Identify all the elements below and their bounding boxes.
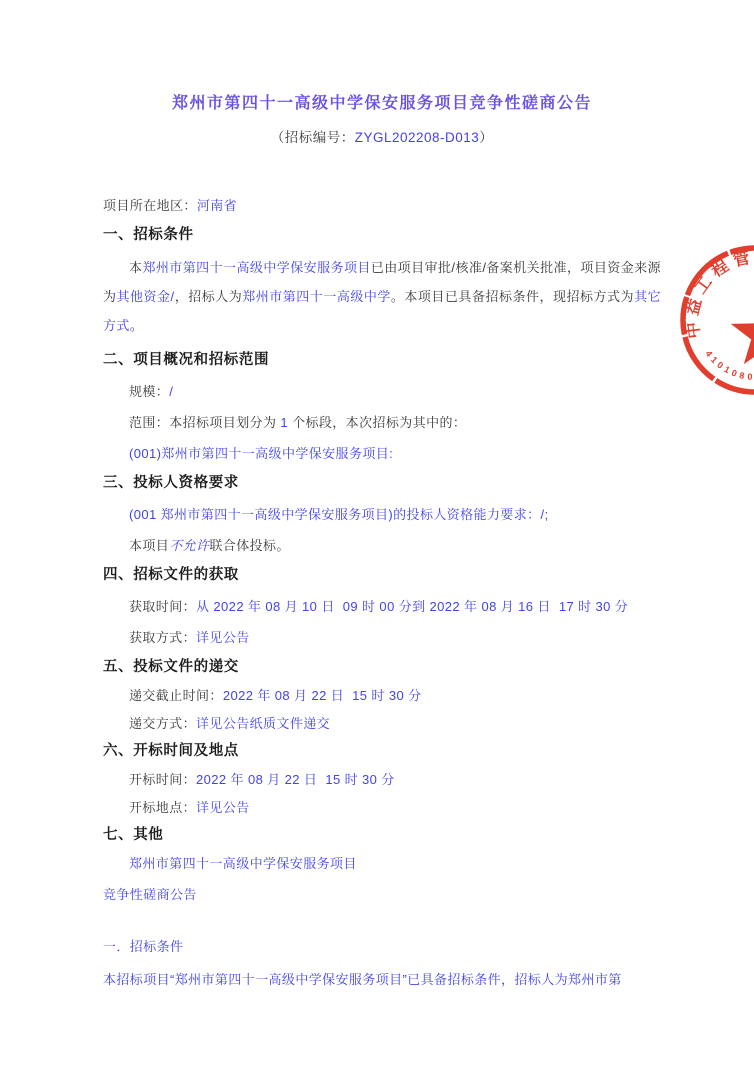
- document-page: 郑州市第四十一高级中学保安服务项目竞争性磋商公告 （招标编号：ZYGL20220…: [0, 0, 754, 1067]
- scale-label: 规模：: [129, 384, 169, 399]
- tender-number-close: ）: [479, 130, 493, 145]
- qualification-line: (001 郑州市第四十一高级中学保安服务项目)的投标人资格能力要求：/;: [103, 504, 661, 525]
- announcement-type-line: 竞争性磋商公告: [103, 884, 661, 905]
- text-segment: 本项目: [129, 538, 169, 553]
- obtain-method-value: 详见公告: [196, 630, 250, 645]
- lot-count-value: 1: [280, 415, 288, 430]
- section-1-heading: 一、招标条件: [103, 225, 661, 246]
- submit-method-label: 递交方式：: [129, 716, 196, 731]
- lot-name-line: (001)郑州市第四十一高级中学保安服务项目:: [103, 443, 661, 464]
- project-region-line: 项目所在地区：河南省: [103, 195, 661, 216]
- opening-place-value: 详见公告: [196, 800, 250, 815]
- section-5-heading: 五、投标文件的递交: [103, 657, 661, 678]
- obtain-method-label: 获取方式：: [129, 630, 196, 645]
- submit-deadline-value: 2022 年 08 月 22 日 15 时 30 分: [223, 688, 422, 703]
- scale-value: /: [169, 384, 173, 399]
- project-name-link: 郑州市第四十一高级中学保安服务项目: [142, 260, 370, 275]
- seal-star-icon: [731, 299, 754, 364]
- seal-graphic: 中益工程管 4101080: [677, 242, 754, 398]
- scale-line: 规模：/: [103, 381, 661, 402]
- document-body: 郑州市第四十一高级中学保安服务项目竞争性磋商公告 （招标编号：ZYGL20220…: [103, 94, 661, 990]
- submit-deadline-line: 递交截止时间：2022 年 08 月 22 日 15 时 30 分: [103, 685, 661, 706]
- footer-section-heading: 一．招标条件: [103, 936, 661, 957]
- tender-number-value: ZYGL202208-D013: [355, 130, 480, 145]
- obtain-time-value: 从 2022 年 08 月 10 日 09 时 00 分到 2022 年 08 …: [196, 599, 628, 614]
- other-project-name: 郑州市第四十一高级中学保安服务项目: [103, 853, 661, 874]
- submit-method-value: 详见公告纸质文件递交: [196, 716, 330, 731]
- text-segment: 。: [130, 318, 143, 333]
- range-line: 范围：本招标项目划分为 1 个标段，本次招标为其中的：: [103, 412, 661, 433]
- section-3-heading: 三、投标人资格要求: [103, 473, 661, 494]
- opening-time-label: 开标时间：: [129, 772, 196, 787]
- not-allowed-emphasis: 不允许: [169, 538, 209, 553]
- text-segment: 本: [129, 260, 142, 275]
- joint-venture-line: 本项目不允许联合体投标。: [103, 535, 661, 556]
- tender-number-line: （招标编号：ZYGL202208-D013）: [103, 126, 661, 146]
- text-segment: 。本项目已具备招标条件，现招标方式为: [391, 289, 634, 304]
- page-title: 郑州市第四十一高级中学保安服务项目竞争性磋商公告: [103, 94, 661, 114]
- section-2-heading: 二、项目概况和招标范围: [103, 350, 661, 371]
- obtain-time-label: 获取时间：: [129, 599, 196, 614]
- opening-place-line: 开标地点：详见公告: [103, 797, 661, 818]
- footer-paragraph: 本招标项目“郑州市第四十一高级中学保安服务项目”已具备招标条件，招标人为郑州市第: [103, 969, 661, 990]
- opening-time-value: 2022 年 08 月 22 日 15 时 30 分: [196, 772, 395, 787]
- opening-time-line: 开标时间：2022 年 08 月 22 日 15 时 30 分: [103, 769, 661, 790]
- project-region-value: 河南省: [197, 198, 237, 213]
- project-region-label: 项目所在地区：: [103, 198, 197, 213]
- submit-method-line: 递交方式：详见公告纸质文件递交: [103, 713, 661, 734]
- section-4-heading: 四、招标文件的获取: [103, 565, 661, 586]
- submit-deadline-label: 递交截止时间：: [129, 688, 223, 703]
- section-7-heading: 七、其他: [103, 825, 661, 846]
- opening-place-label: 开标地点：: [129, 800, 196, 815]
- tender-number-label: （招标编号：: [271, 130, 355, 145]
- text-segment: 联合体投标。: [209, 538, 289, 553]
- obtain-method-line: 获取方式：详见公告: [103, 627, 661, 648]
- company-seal: 中益工程管 4101080: [677, 242, 754, 398]
- range-rest: 个标段，本次招标为其中的：: [288, 415, 466, 430]
- text-segment: ，招标人为: [175, 289, 243, 304]
- section-1-paragraph: 本郑州市第四十一高级中学保安服务项目已由项目审批/核准/备案机关批准，项目资金来…: [103, 253, 661, 340]
- fund-source-value: 其他资金/: [117, 289, 175, 304]
- tenderee-name: 郑州市第四十一高级中学: [242, 289, 391, 304]
- obtain-time-line: 获取时间：从 2022 年 08 月 10 日 09 时 00 分到 2022 …: [103, 596, 661, 617]
- range-label: 范围：本招标项目划分为: [129, 415, 280, 430]
- section-6-heading: 六、开标时间及地点: [103, 741, 661, 762]
